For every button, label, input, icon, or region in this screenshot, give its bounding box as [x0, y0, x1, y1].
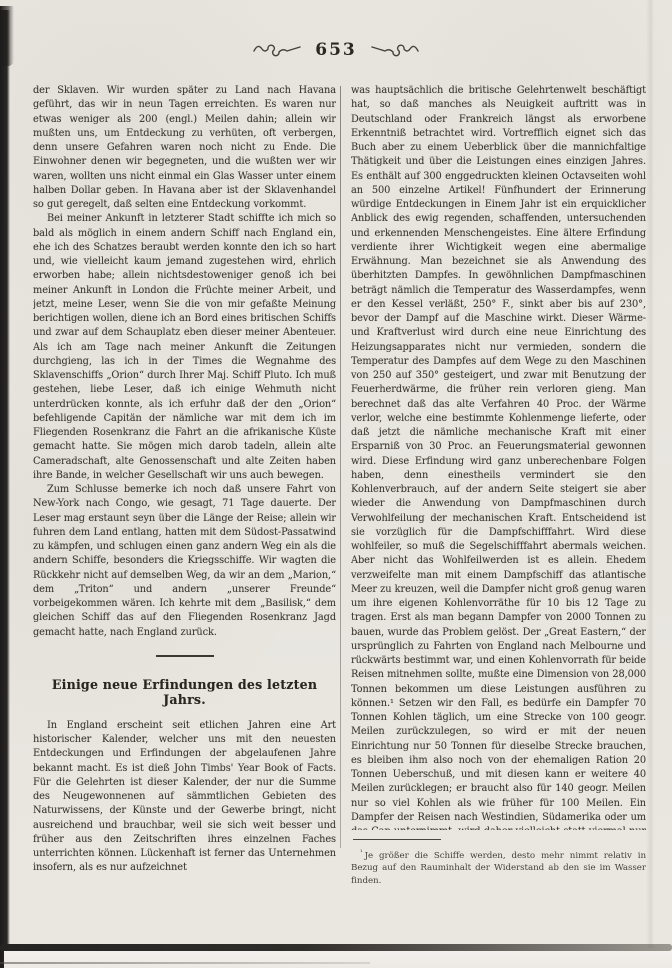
- scan-right-edge-shadow: [646, 0, 654, 948]
- right-column-text: was hauptsächlich die britische Gelehrte…: [351, 84, 646, 830]
- footnote-rule: [353, 839, 441, 840]
- section-heading: Einige neue Erfindungen des letzten Jahr…: [33, 677, 336, 707]
- scan-bottom-edge-shadow: [0, 944, 672, 951]
- next-page-edge: [4, 951, 672, 968]
- paragraph: Zum Schlusse bemerke ich noch daß unsere…: [33, 483, 336, 640]
- next-page-edge-line: [0, 962, 370, 964]
- column-divider-rule: [340, 86, 341, 848]
- paragraph: Bei meiner Ankunft in letzterer Stadt sc…: [33, 212, 336, 483]
- section-divider-rule: [156, 655, 214, 657]
- left-column: der Sklaven. Wir wurden später zu Land n…: [33, 84, 336, 874]
- right-column: was hauptsächlich die britische Gelehrte…: [351, 84, 646, 924]
- scan-left-edge-shadow: [0, 10, 10, 968]
- footnote: ¹Je größer die Schiffe werden, desto meh…: [351, 846, 646, 888]
- page-number: 653: [315, 40, 357, 60]
- page-header: 653: [0, 40, 672, 60]
- header-flourish-right-icon: [371, 43, 419, 57]
- scanned-page: 653 der Sklaven. Wir wurden später zu La…: [0, 0, 672, 968]
- footnote-text: Je größer die Schiffe werden, desto mehr…: [351, 851, 646, 886]
- paragraph: In England erscheint seit etlichen Jahre…: [33, 719, 336, 872]
- header-flourish-left-icon: [253, 43, 301, 57]
- paragraph-continuation: was hauptsächlich die britische Gelehrte…: [351, 84, 646, 830]
- footnote-marker: ¹: [360, 848, 363, 856]
- left-column-text: der Sklaven. Wir wurden später zu Land n…: [33, 84, 336, 872]
- paragraph-continuation: der Sklaven. Wir wurden später zu Land n…: [33, 84, 336, 212]
